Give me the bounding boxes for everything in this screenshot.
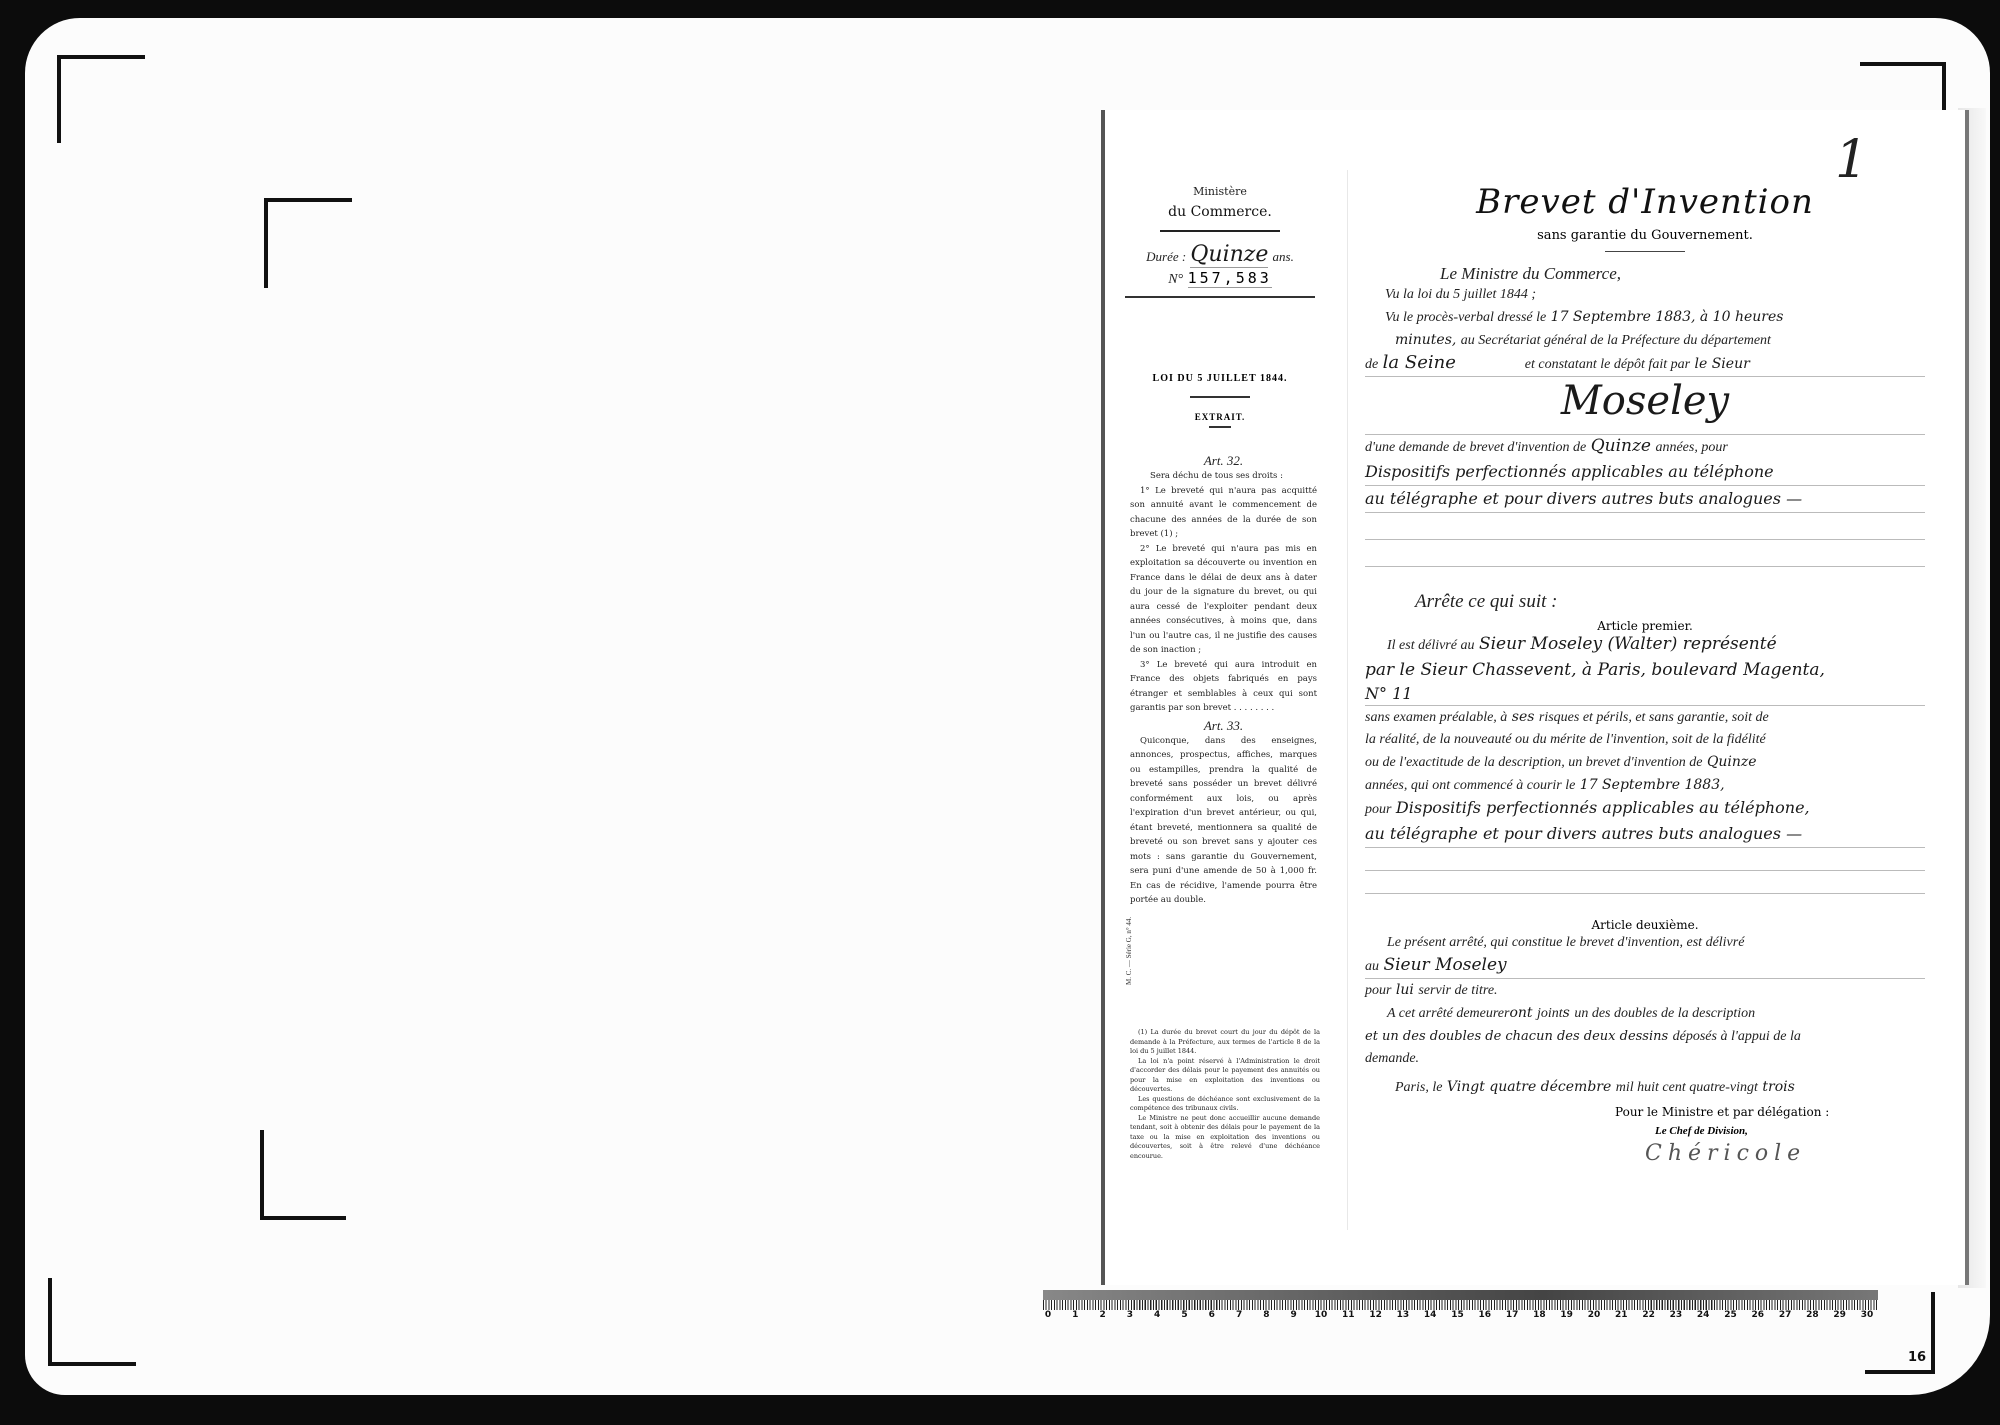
article1-line9: au télégraphe et pour divers autres buts… xyxy=(1365,821,1925,848)
ruler-label: 30 xyxy=(1861,1310,1874,1320)
document-title: Brevet d'Invention xyxy=(1365,182,1925,222)
series-reference: M. C. — Série G, n° 44. xyxy=(1125,917,1133,985)
duration-value: Quinze xyxy=(1190,242,1268,268)
ruler-label: 7 xyxy=(1236,1310,1242,1320)
ruler-label: 26 xyxy=(1752,1310,1765,1320)
blank-rule xyxy=(1365,513,1925,540)
article2-line5: et un des doubles de chacun des deux des… xyxy=(1365,1025,1925,1048)
article1-line8: pour Dispositifs perfectionnés applicabl… xyxy=(1365,797,1925,821)
number-label: N° xyxy=(1168,272,1183,287)
left-column: Ministère du Commerce. Durée : Quinze an… xyxy=(1105,110,1335,1285)
applicant-line: Moseley xyxy=(1365,377,1925,435)
address-number: N° 11 xyxy=(1365,683,1925,706)
ruler-label: 6 xyxy=(1209,1310,1215,1320)
art32-intro: Sera déchu de tous ses droits : xyxy=(1130,469,1317,484)
divider xyxy=(1209,426,1231,428)
preamble-line5: d'une demande de brevet d'invention de Q… xyxy=(1365,435,1925,459)
article2-line4: A cet arrêté demeureront joints un des d… xyxy=(1387,1002,1925,1025)
blank-rule xyxy=(1365,848,1925,871)
department: la Seine xyxy=(1383,352,1456,373)
measurement-ruler: 0123456789101112131415161718192021222324… xyxy=(1043,1290,1878,1330)
duration-row: Durée : Quinze ans. xyxy=(1105,242,1335,267)
minister-heading: Le Ministre du Commerce, xyxy=(1440,264,1925,284)
art32-para2: 2° Le breveté qui n'aura pas mis en expl… xyxy=(1130,542,1317,658)
art33-para: Quiconque, dans des enseignes, annonces,… xyxy=(1130,734,1317,908)
ruler-label: 10 xyxy=(1315,1310,1328,1320)
ruler-ticks xyxy=(1043,1300,1878,1310)
ministry-name: du Commerce. xyxy=(1105,204,1335,220)
ruler-label: 24 xyxy=(1697,1310,1710,1320)
article2-heading: Article deuxième. xyxy=(1365,918,1925,932)
column-separator xyxy=(1347,170,1348,1230)
footnote-2: La loi n'a point réservé à l'Administrat… xyxy=(1130,1057,1320,1095)
ruler-label: 2 xyxy=(1099,1310,1105,1320)
art33-title: Art. 33. xyxy=(1130,718,1317,734)
ruler-label: 22 xyxy=(1642,1310,1655,1320)
extract-heading: EXTRAIT. xyxy=(1105,412,1335,422)
duration-suffix: ans. xyxy=(1273,249,1294,264)
crop-mark-top-left-outer xyxy=(57,55,145,143)
preamble-line2: Vu le procès-verbal dressé le 17 Septemb… xyxy=(1385,306,1925,329)
article2-line6: demande. xyxy=(1365,1048,1925,1070)
ruler-label: 11 xyxy=(1342,1310,1355,1320)
ruler-label: 13 xyxy=(1397,1310,1410,1320)
ruler-label: 29 xyxy=(1833,1310,1846,1320)
preamble-line3: minutes, au Secrétariat général de la Pr… xyxy=(1395,329,1925,352)
art32-para3: 3° Le breveté qui aura introduit en Fran… xyxy=(1130,658,1317,716)
issue-date: Vingt quatre décembre xyxy=(1447,1079,1611,1095)
deposit-date: 17 Septembre 1883, à 10 heures xyxy=(1551,309,1784,325)
ruler-label: 5 xyxy=(1181,1310,1187,1320)
ruler-label: 27 xyxy=(1779,1310,1792,1320)
decree-heading: Arrête ce qui suit : xyxy=(1415,591,1925,613)
footnote-1: (1) La durée du brevet court du jour du … xyxy=(1130,1028,1320,1057)
article1-line5: la réalité, de la nouveauté ou du mérite… xyxy=(1365,729,1925,751)
ruler-label: 28 xyxy=(1806,1310,1819,1320)
ruler-label: 15 xyxy=(1451,1310,1464,1320)
ruler-label: 25 xyxy=(1724,1310,1737,1320)
divider xyxy=(1605,251,1685,252)
divider xyxy=(1125,296,1315,298)
footnote-4: Le Ministre ne peut donc accueillir aucu… xyxy=(1130,1114,1320,1162)
article2-line2: au Sieur Moseley xyxy=(1365,954,1925,979)
ruler-label: 8 xyxy=(1263,1310,1269,1320)
article1-line4: sans examen préalable, à ses risques et … xyxy=(1365,706,1925,729)
art32-title: Art. 32. xyxy=(1130,453,1317,469)
ruler-label: 19 xyxy=(1560,1310,1573,1320)
ruler-label: 17 xyxy=(1506,1310,1519,1320)
blank-rule xyxy=(1365,540,1925,567)
patent-document-page: 1 Ministère du Commerce. Durée : Quinze … xyxy=(1105,110,1965,1285)
duration-label: Durée : xyxy=(1146,249,1186,264)
grantee: Sieur Moseley (Walter) représenté xyxy=(1479,634,1777,654)
ruler-labels: 0123456789101112131415161718192021222324… xyxy=(1043,1310,1878,1324)
article1-line1: Il est délivré au Sieur Moseley (Walter)… xyxy=(1387,633,1925,657)
patent-number: 157,583 xyxy=(1188,269,1272,288)
crop-mark-top-left-inner xyxy=(264,198,352,288)
divider xyxy=(1160,230,1280,232)
ruler-label: 4 xyxy=(1154,1310,1160,1320)
art32-para1: 1° Le breveté qui n'aura pas acquitté so… xyxy=(1130,484,1317,542)
closing-date-line: Paris, le Vingt quatre décembre mil huit… xyxy=(1395,1076,1925,1099)
document-subtitle: sans garantie du Gouvernement. xyxy=(1365,228,1925,243)
ruler-label: 20 xyxy=(1588,1310,1601,1320)
patent-number-row: N° 157,583 xyxy=(1105,269,1335,288)
ruler-label: 0 xyxy=(1045,1310,1051,1320)
article1-line7: années, qui ont commencé à courir le 17 … xyxy=(1365,774,1925,797)
invention-title-line1: Dispositifs perfectionnés applicables au… xyxy=(1365,459,1925,486)
ruler-label: 21 xyxy=(1615,1310,1628,1320)
preamble-line4: de la Seine et constatant le dépôt fait … xyxy=(1365,352,1925,377)
divider xyxy=(1190,396,1250,398)
ruler-label: 9 xyxy=(1291,1310,1297,1320)
article2-line1: Le présent arrêté, qui constitue le brev… xyxy=(1387,932,1925,954)
signature: Chéricole xyxy=(1645,1141,1925,1166)
right-column: Brevet d'Invention sans garantie du Gouv… xyxy=(1365,110,1925,1285)
ruler-label: 14 xyxy=(1424,1310,1437,1320)
law-heading: LOI DU 5 JUILLET 1844. xyxy=(1105,373,1335,384)
frame-number: 16 xyxy=(1908,1350,1926,1365)
ruler-label: 18 xyxy=(1533,1310,1546,1320)
applicant-name: Moseley xyxy=(1561,378,1729,424)
crop-mark-bottom-left-inner xyxy=(260,1130,346,1220)
crop-mark-bottom-left-outer xyxy=(48,1278,136,1366)
ruler-label: 1 xyxy=(1072,1310,1078,1320)
ruler-label: 16 xyxy=(1479,1310,1492,1320)
ministry-label: Ministère xyxy=(1105,185,1335,198)
ruler-bar xyxy=(1043,1290,1878,1300)
ruler-label: 12 xyxy=(1369,1310,1382,1320)
article1-line6: ou de l'exactitude de la description, un… xyxy=(1365,751,1925,774)
ruler-label: 3 xyxy=(1127,1310,1133,1320)
chief-of-division: Le Chef de Division, xyxy=(1655,1125,1925,1137)
representative-line: par le Sieur Chassevent, à Paris, boulev… xyxy=(1365,657,1925,683)
ruler-label: 23 xyxy=(1670,1310,1683,1320)
blank-rule xyxy=(1365,871,1925,894)
delegation-line: Pour le Ministre et par délégation : xyxy=(1615,1105,1925,1119)
start-date: 17 Septembre 1883, xyxy=(1580,777,1725,793)
invention-title-line2: au télégraphe et pour divers autres buts… xyxy=(1365,486,1925,513)
article1-heading: Article premier. xyxy=(1365,619,1925,633)
preamble-line1: Vu la loi du 5 juillet 1844 ; xyxy=(1385,284,1925,306)
article2-line3: pour lui servir de titre. xyxy=(1365,979,1925,1002)
footnote-3: Les questions de déchéance sont exclusiv… xyxy=(1130,1095,1320,1114)
